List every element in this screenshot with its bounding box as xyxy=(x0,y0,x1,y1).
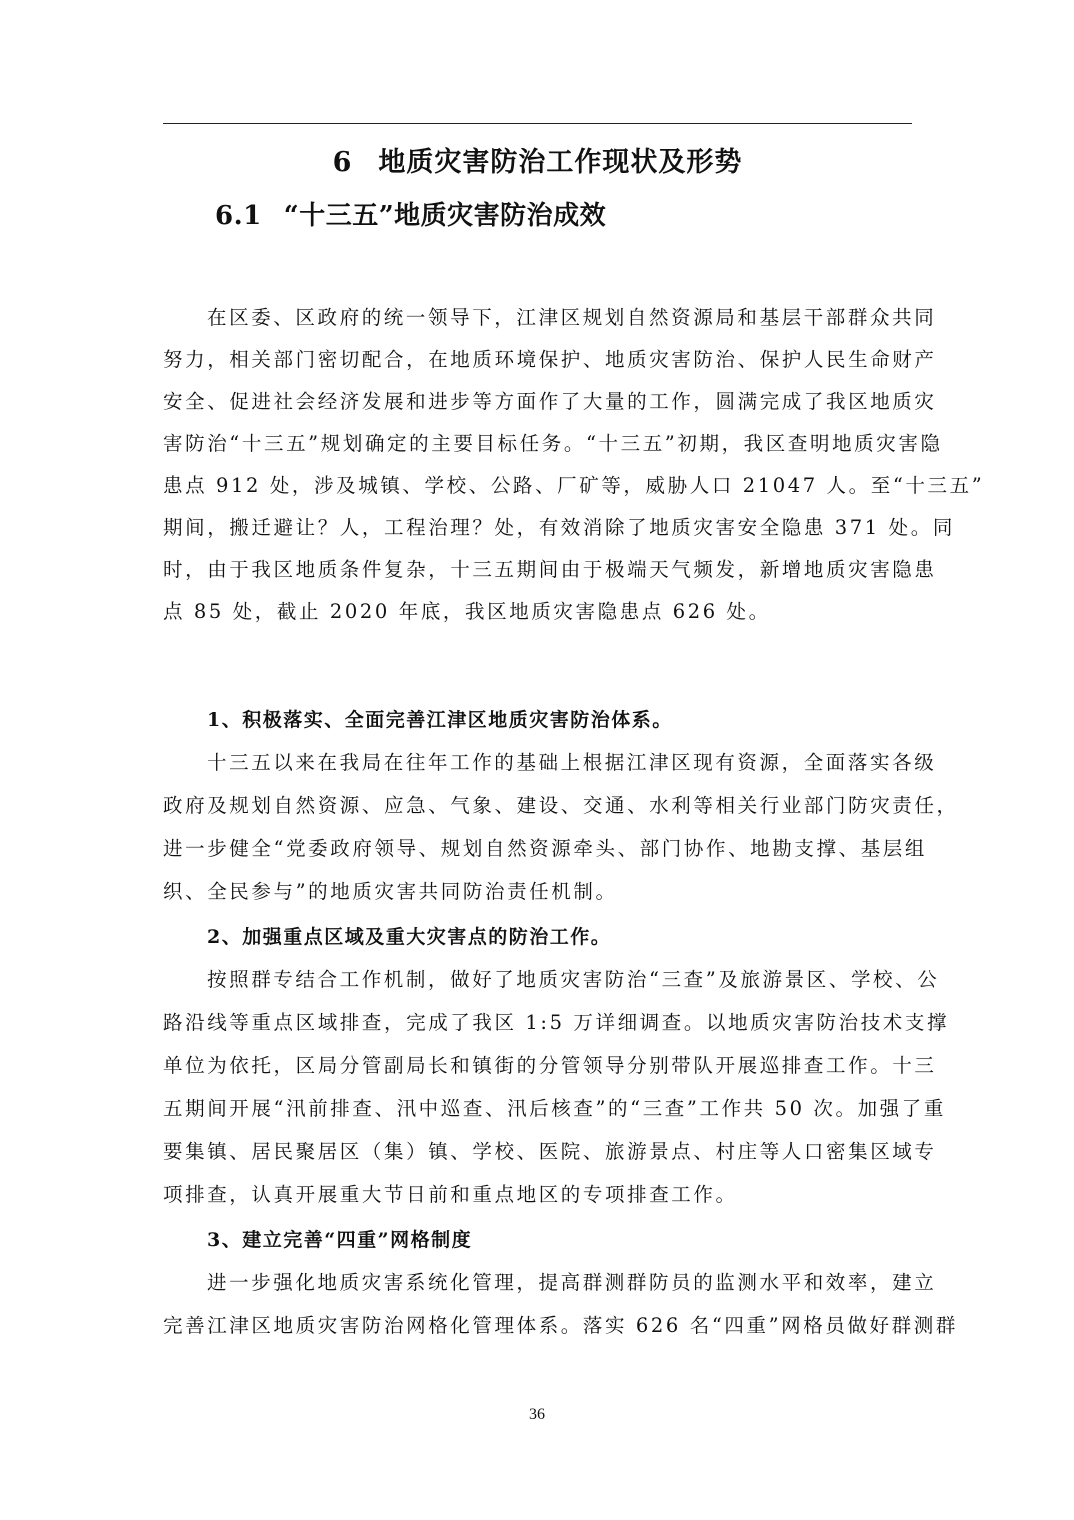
paragraph-line: 要集镇、居民聚居区（集）镇、学校、医院、旅游景点、村庄等人口密集区域专 xyxy=(163,1140,912,1164)
paragraph-line: 期间，搬迁避让？人，工程治理？处，有效消除了地质灾害安全隐患 371 处。同 xyxy=(163,516,912,540)
paragraph-line: 单位为依托，区局分管副局长和镇街的分管领导分别带队开展巡排查工作。十三 xyxy=(163,1054,912,1078)
paragraph-line: 时，由于我区地质条件复杂，十三五期间由于极端天气频发，新增地质灾害隐患 xyxy=(163,558,912,582)
paragraph-line: 努力，相关部门密切配合，在地质环境保护、地质灾害防治、保护人民生命财产 xyxy=(163,348,912,372)
paragraph-line: 安全、促进社会经济发展和进步等方面作了大量的工作，圆满完成了我区地质灾 xyxy=(163,390,912,414)
paragraph-line: 进一步健全“党委政府领导、规划自然资源牵头、部门协作、地勘支撑、基层组 xyxy=(163,837,912,861)
paragraph-line: 害防治“十三五”规划确定的主要目标任务。“十三五”初期，我区查明地质灾害隐 xyxy=(163,432,912,456)
chapter-heading: 6地质灾害防治工作现状及形势 xyxy=(163,140,912,179)
item-heading: 1、积极落实、全面完善江津区地质灾害防治体系。 xyxy=(207,708,673,732)
paragraph-line: 五期间开展“汛前排查、汛中巡查、汛后核查”的“三查”工作共 50 次。加强了重 xyxy=(163,1097,912,1121)
paragraph-line: 进一步强化地质灾害系统化管理，提高群测群防员的监测水平和效率，建立 xyxy=(207,1271,912,1295)
paragraph-line: 织、全民参与”的地质灾害共同防治责任机制。 xyxy=(163,880,912,904)
paragraph-line: 患点 912 处，涉及城镇、学校、公路、厂矿等，威胁人口 21047 人。至“十… xyxy=(163,474,912,498)
chapter-number: 6 xyxy=(333,147,353,178)
item-heading: 3、建立完善“四重”网格制度 xyxy=(207,1228,472,1252)
paragraph-line: 项排查，认真开展重大节日前和重点地区的专项排查工作。 xyxy=(163,1183,912,1207)
header-rule xyxy=(163,123,912,124)
item-heading: 2、加强重点区域及重大灾害点的防治工作。 xyxy=(207,925,611,949)
paragraph-line: 在区委、区政府的统一领导下，江津区规划自然资源局和基层干部群众共同 xyxy=(207,306,912,330)
paragraph-line: 完善江津区地质灾害防治网格化管理体系。落实 626 名“四重”网格员做好群测群 xyxy=(163,1314,912,1338)
paragraph-line: 十三五以来在我局在往年工作的基础上根据江津区现有资源，全面落实各级 xyxy=(207,751,912,775)
section-title: “十三五”地质灾害防治成效 xyxy=(284,201,606,231)
page-number: 36 xyxy=(0,1406,1074,1424)
paragraph-line: 政府及规划自然资源、应急、气象、建设、交通、水利等相关行业部门防灾责任， xyxy=(163,794,912,818)
paragraph-line: 按照群专结合工作机制，做好了地质灾害防治“三查”及旅游景区、学校、公 xyxy=(207,968,912,992)
paragraph-line: 点 85 处，截止 2020 年底，我区地质灾害隐患点 626 处。 xyxy=(163,600,912,624)
section-number: 6.1 xyxy=(215,201,262,231)
section-heading: 6.1“十三五”地质灾害防治成效 xyxy=(215,195,606,232)
chapter-title: 地质灾害防治工作现状及形势 xyxy=(378,147,742,178)
paragraph-line: 路沿线等重点区域排查，完成了我区 1:5 万详细调查。以地质灾害防治技术支撑 xyxy=(163,1011,912,1035)
